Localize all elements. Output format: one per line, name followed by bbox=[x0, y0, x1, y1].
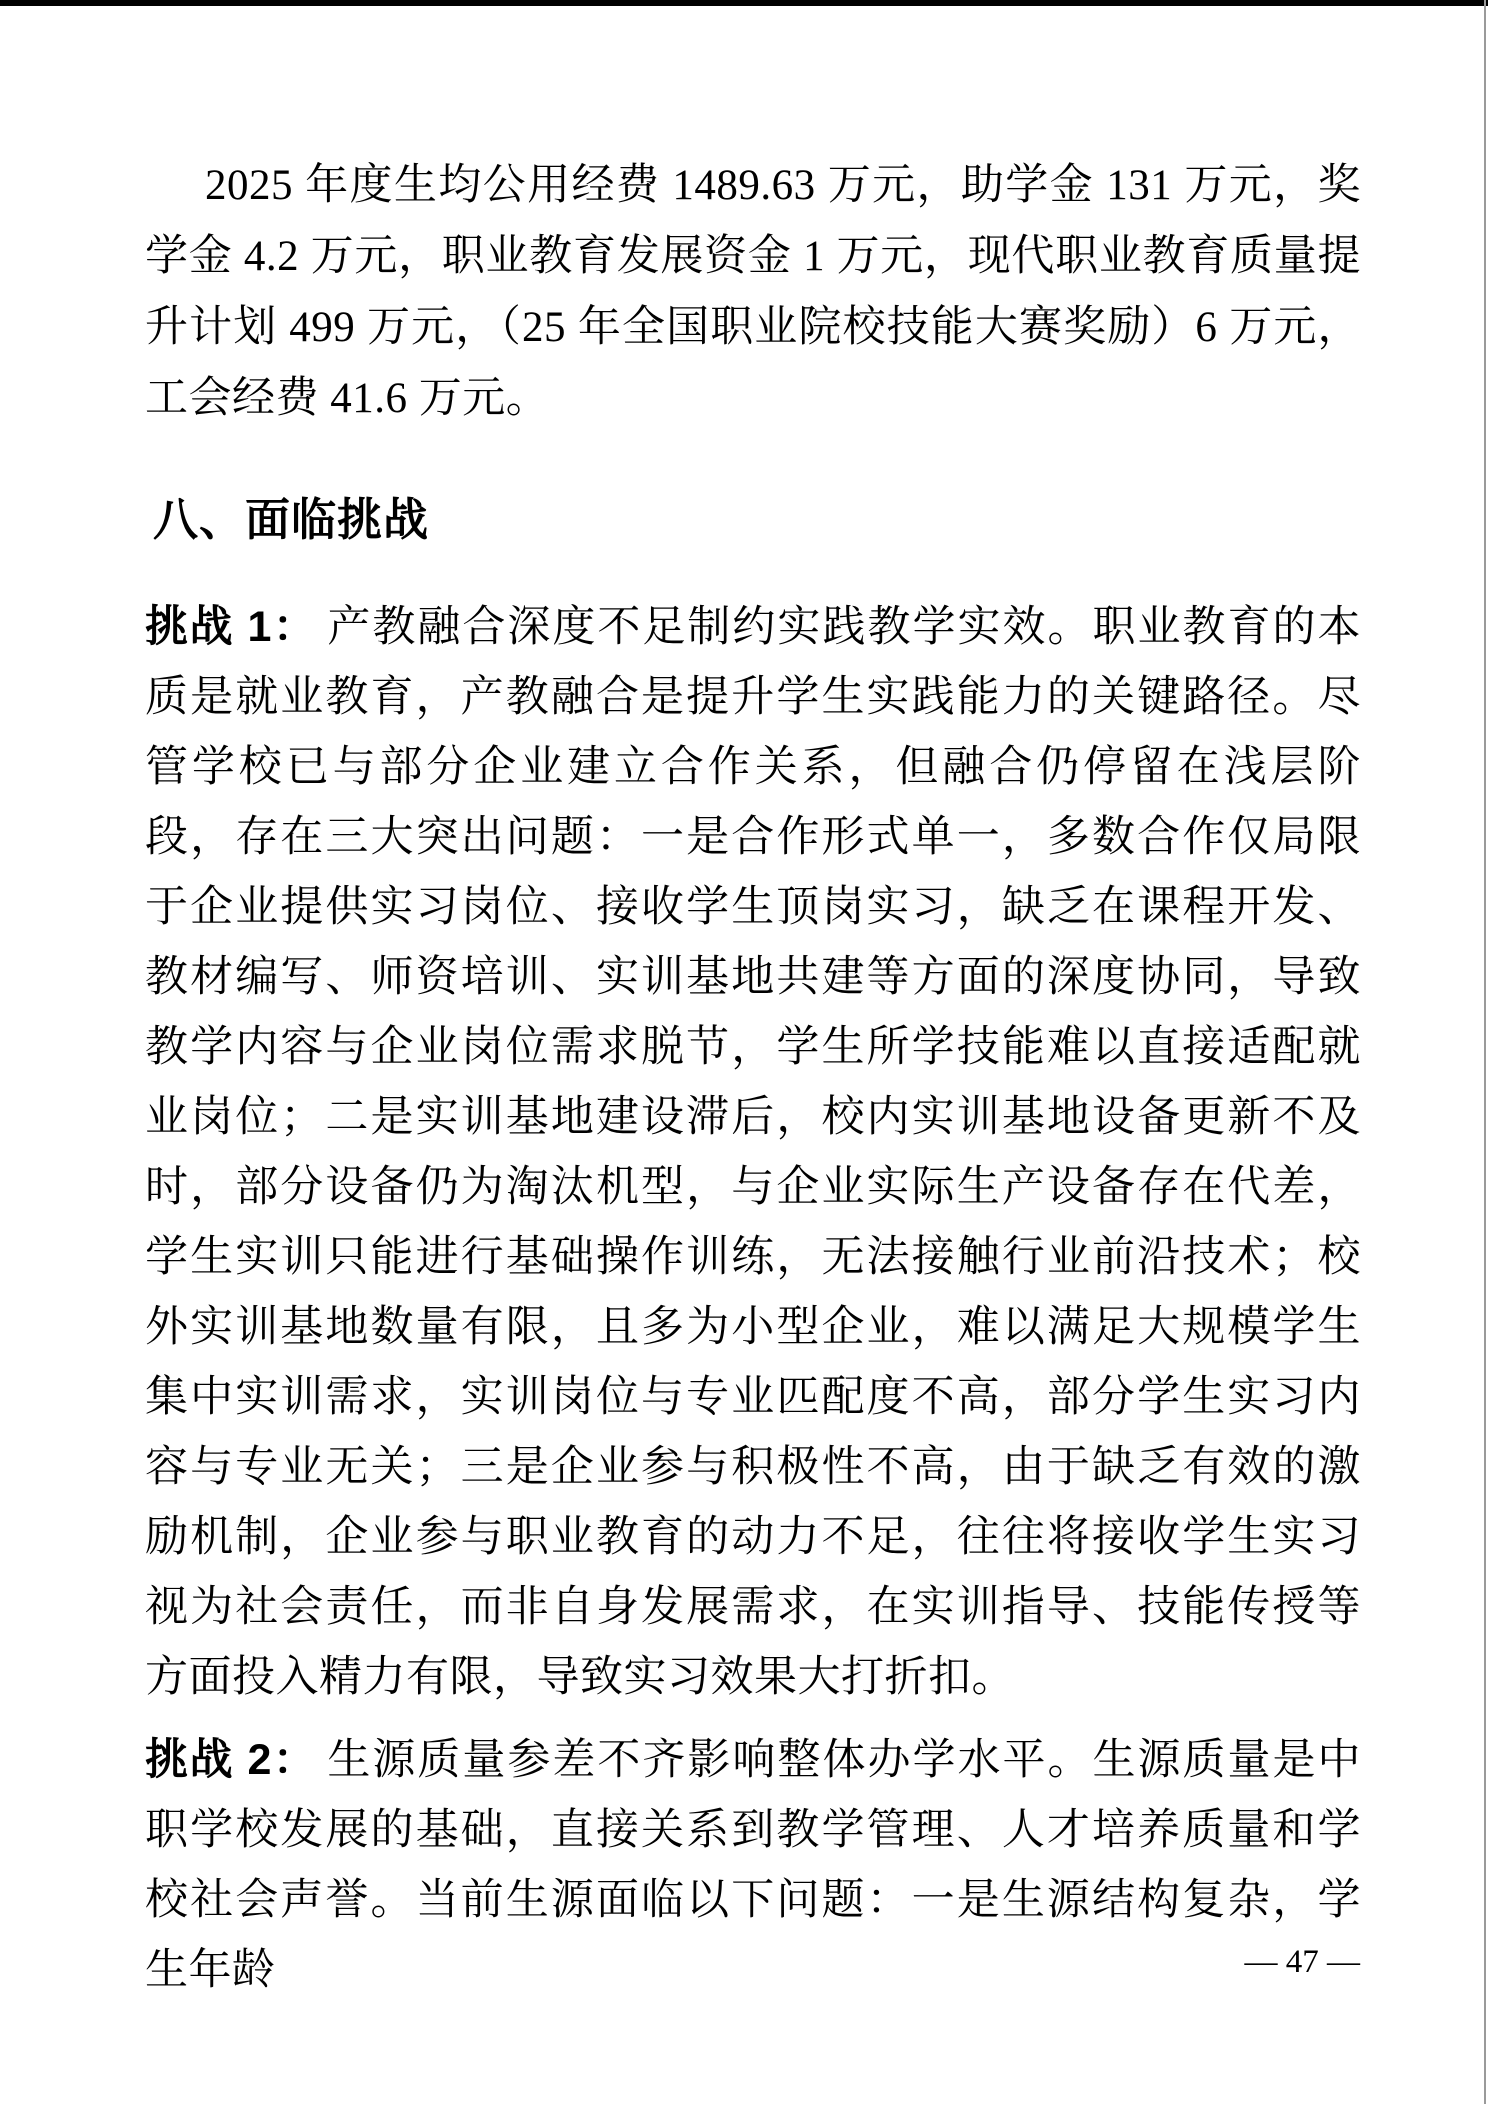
challenge-1-label: 挑战 1： bbox=[145, 603, 317, 651]
challenge-2-label: 挑战 2： bbox=[145, 1736, 317, 1784]
funding-paragraph: 2025 年度生均公用经费 1489.63 万元，助学金 131 万元，奖学金 … bbox=[145, 150, 1361, 434]
section-heading-challenges: 八、面临挑战 bbox=[153, 492, 1361, 548]
challenge-2-text: 生源质量参差不齐影响整体办学水平。生源质量是中职学校发展的基础，直接关系到教学管… bbox=[145, 1737, 1361, 1994]
page-right-edge bbox=[1484, 0, 1486, 2104]
challenge-1-paragraph: 挑战 1：产教融合深度不足制约实践教学实效。职业教育的本质是就业教育，产教融合是… bbox=[145, 592, 1361, 1713]
document-page: 2025 年度生均公用经费 1489.63 万元，助学金 131 万元，奖学金 … bbox=[0, 0, 1488, 2104]
challenge-1-text: 产教融合深度不足制约实践教学实效。职业教育的本质是就业教育，产教融合是提升学生实… bbox=[145, 604, 1361, 1701]
page-top-edge bbox=[0, 0, 1488, 6]
challenge-2-paragraph: 挑战 2：生源质量参差不齐影响整体办学水平。生源质量是中职学校发展的基础，直接关… bbox=[145, 1725, 1361, 2006]
page-content: 2025 年度生均公用经费 1489.63 万元，助学金 131 万元，奖学金 … bbox=[145, 150, 1361, 2006]
page-number: — 47 — bbox=[1245, 1942, 1361, 1982]
